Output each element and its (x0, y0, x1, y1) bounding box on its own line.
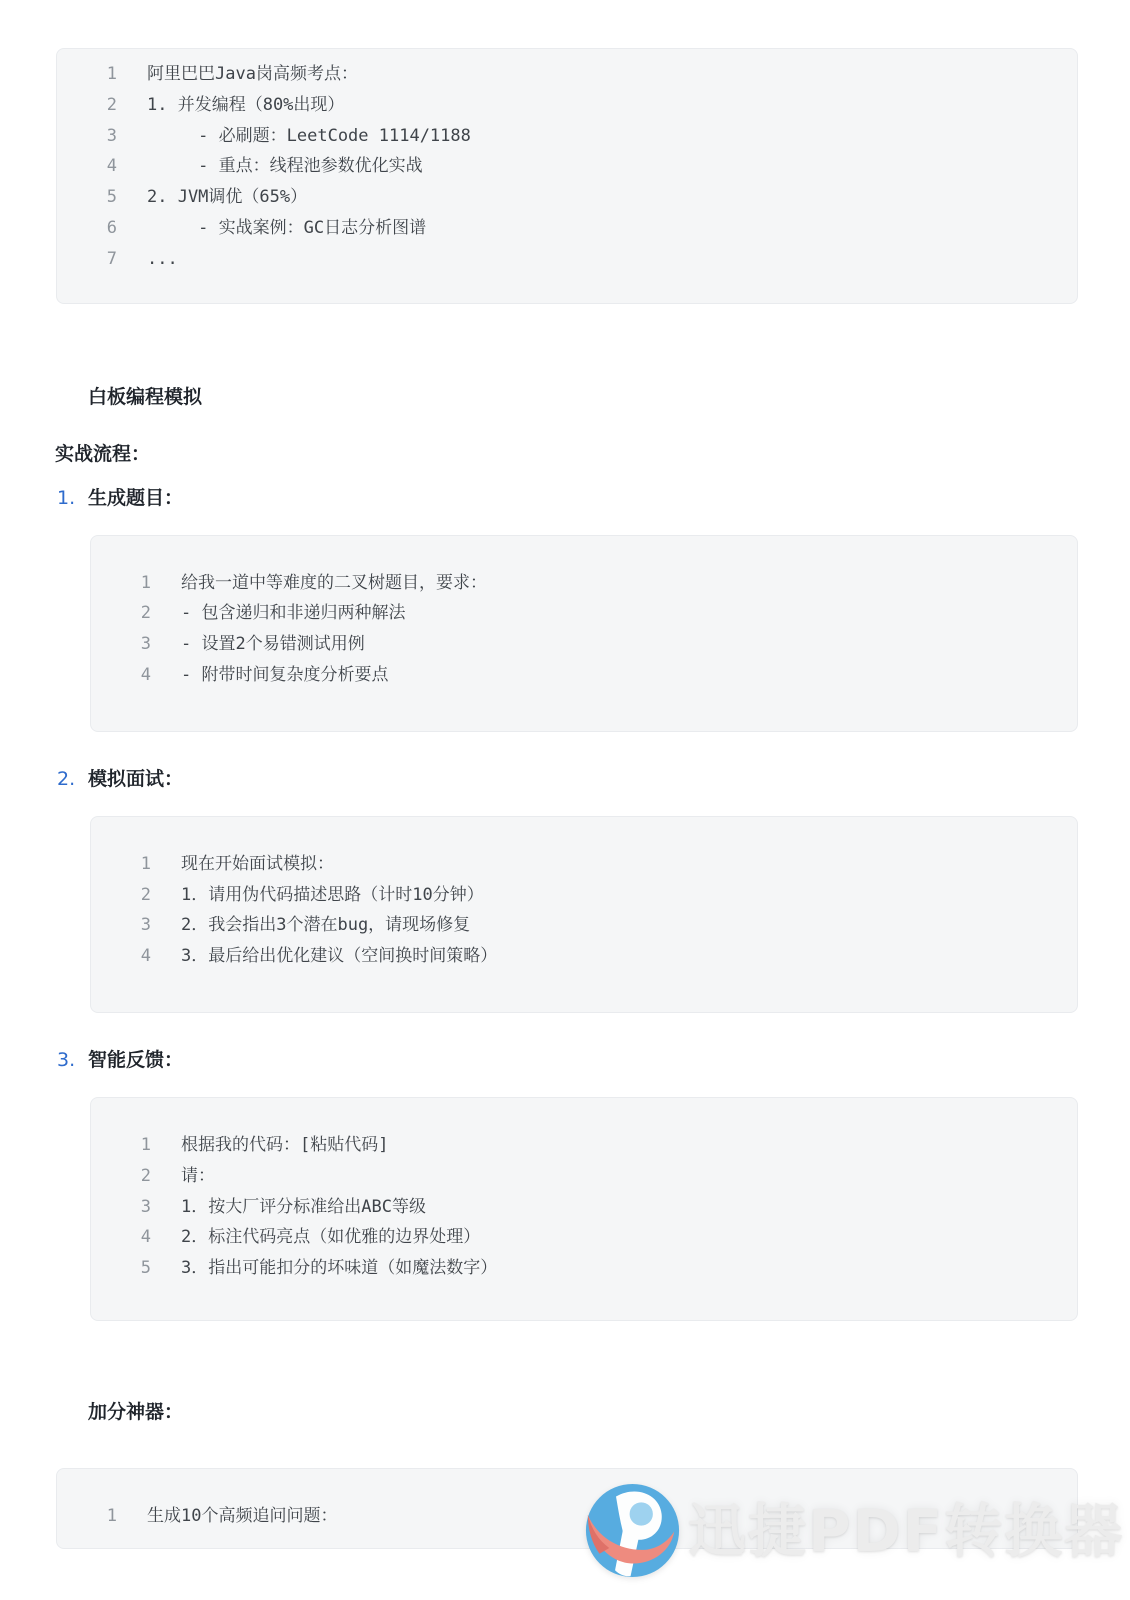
code-line: 1生成10个高频追问问题： (65, 1501, 1061, 1532)
line-number: 4 (65, 151, 117, 182)
list-item-number: 2. (57, 766, 88, 793)
line-content: 请： (181, 1161, 215, 1192)
line-number: 2 (99, 880, 151, 911)
line-number: 1 (99, 568, 151, 599)
line-number: 4 (99, 1222, 151, 1253)
list-item-number: 1. (57, 485, 88, 512)
line-number: 1 (65, 1501, 117, 1532)
line-content: 生成10个高频追问问题： (147, 1501, 337, 1532)
code-line: 21. 并发编程（80%出现） (65, 90, 1061, 121)
code-line: 3 - 必刷题：LeetCode 1114/1188 (65, 121, 1061, 152)
document-page: 1阿里巴巴Java岗高频考点： 21. 并发编程（80%出现） 3 - 必刷题：… (0, 48, 1130, 1549)
list-item-mock-interview: 2. 模拟面试： (57, 766, 1130, 793)
line-number: 3 (99, 910, 151, 941)
line-number: 4 (99, 941, 151, 972)
list-item-generate-question: 1. 生成题目： (57, 485, 1130, 512)
code-line: 52. JVM调优（65%） (65, 182, 1061, 213)
code-line: 4- 附带时间复杂度分析要点 (99, 660, 1061, 691)
line-content: 1. 并发编程（80%出现） (147, 90, 344, 121)
code-line: 1给我一道中等难度的二叉树题目，要求： (99, 568, 1061, 599)
list-item-smart-feedback: 3. 智能反馈： (57, 1047, 1130, 1074)
code-line: 31．按大厂评分标准给出ABC等级 (99, 1192, 1061, 1223)
code-block-feedback-prompt: 1根据我的代码：[粘贴代码] 2请： 31．按大厂评分标准给出ABC等级 42．… (90, 1097, 1078, 1321)
heading-practice-flow: 实战流程： (55, 441, 1130, 468)
code-line: 21．请用伪代码描述思路（计时10分钟） (99, 880, 1061, 911)
code-line: 53．指出可能扣分的坏味道（如魔法数字） (99, 1253, 1061, 1284)
line-number: 3 (99, 629, 151, 660)
line-content: 给我一道中等难度的二叉树题目，要求： (181, 568, 487, 599)
line-content: ... (147, 244, 178, 275)
list-item-label: 生成题目： (88, 485, 183, 512)
heading-bonus-tool: 加分神器： (88, 1399, 1130, 1426)
line-number: 5 (65, 182, 117, 213)
line-number: 5 (99, 1253, 151, 1284)
code-block-mock-interview-prompt: 1现在开始面试模拟： 21．请用伪代码描述思路（计时10分钟） 32．我会指出3… (90, 816, 1078, 1013)
line-number: 7 (65, 244, 117, 275)
line-number: 2 (99, 1161, 151, 1192)
line-content: 3．最后给出优化建议（空间换时间策略） (181, 941, 497, 972)
line-number: 1 (99, 849, 151, 880)
code-line: 6 - 实战案例：GC日志分析图谱 (65, 213, 1061, 244)
line-number: 2 (99, 598, 151, 629)
line-number: 4 (99, 660, 151, 691)
list-item-number: 3. (57, 1047, 88, 1074)
code-line: 43．最后给出优化建议（空间换时间策略） (99, 941, 1061, 972)
line-content: 2．标注代码亮点（如优雅的边界处理） (181, 1222, 480, 1253)
line-content: - 实战案例：GC日志分析图谱 (147, 213, 426, 244)
code-line: 32．我会指出3个潜在bug，请现场修复 (99, 910, 1061, 941)
code-block-followup-prompt: 1生成10个高频追问问题： (56, 1468, 1078, 1549)
line-content: - 必刷题：LeetCode 1114/1188 (147, 121, 471, 152)
line-number: 1 (65, 59, 117, 90)
heading-whiteboard-simulation: 白板编程模拟 (88, 384, 1130, 411)
code-line: 4 - 重点：线程池参数优化实战 (65, 151, 1061, 182)
code-line: 1阿里巴巴Java岗高频考点： (65, 59, 1061, 90)
line-content: - 包含递归和非递归两种解法 (181, 598, 405, 629)
code-line: 7... (65, 244, 1061, 275)
line-number: 2 (65, 90, 117, 121)
code-line: 2- 包含递归和非递归两种解法 (99, 598, 1061, 629)
line-content: 根据我的代码：[粘贴代码] (181, 1130, 388, 1161)
line-content: - 设置2个易错测试用例 (181, 629, 365, 660)
line-content: 阿里巴巴Java岗高频考点： (147, 59, 358, 90)
code-line: 2请： (99, 1161, 1061, 1192)
code-line: 3- 设置2个易错测试用例 (99, 629, 1061, 660)
line-content: 3．指出可能扣分的坏味道（如魔法数字） (181, 1253, 497, 1284)
list-item-label: 智能反馈： (88, 1047, 183, 1074)
line-number: 1 (99, 1130, 151, 1161)
line-content: 2．我会指出3个潜在bug，请现场修复 (181, 910, 470, 941)
code-line: 42．标注代码亮点（如优雅的边界处理） (99, 1222, 1061, 1253)
line-number: 6 (65, 213, 117, 244)
line-number: 3 (65, 121, 117, 152)
line-content: - 附带时间复杂度分析要点 (181, 660, 388, 691)
line-content: 2. JVM调优（65%） (147, 182, 307, 213)
line-content: 现在开始面试模拟： (181, 849, 334, 880)
line-content: - 重点：线程池参数优化实战 (147, 151, 423, 182)
list-item-label: 模拟面试： (88, 766, 183, 793)
line-content: 1．按大厂评分标准给出ABC等级 (181, 1192, 426, 1223)
code-block-generate-question-prompt: 1给我一道中等难度的二叉树题目，要求： 2- 包含递归和非递归两种解法 3- 设… (90, 535, 1078, 732)
code-line: 1现在开始面试模拟： (99, 849, 1061, 880)
line-content: 1．请用伪代码描述思路（计时10分钟） (181, 880, 484, 911)
code-block-java-hotspots: 1阿里巴巴Java岗高频考点： 21. 并发编程（80%出现） 3 - 必刷题：… (56, 48, 1078, 304)
line-number: 3 (99, 1192, 151, 1223)
code-line: 1根据我的代码：[粘贴代码] (99, 1130, 1061, 1161)
